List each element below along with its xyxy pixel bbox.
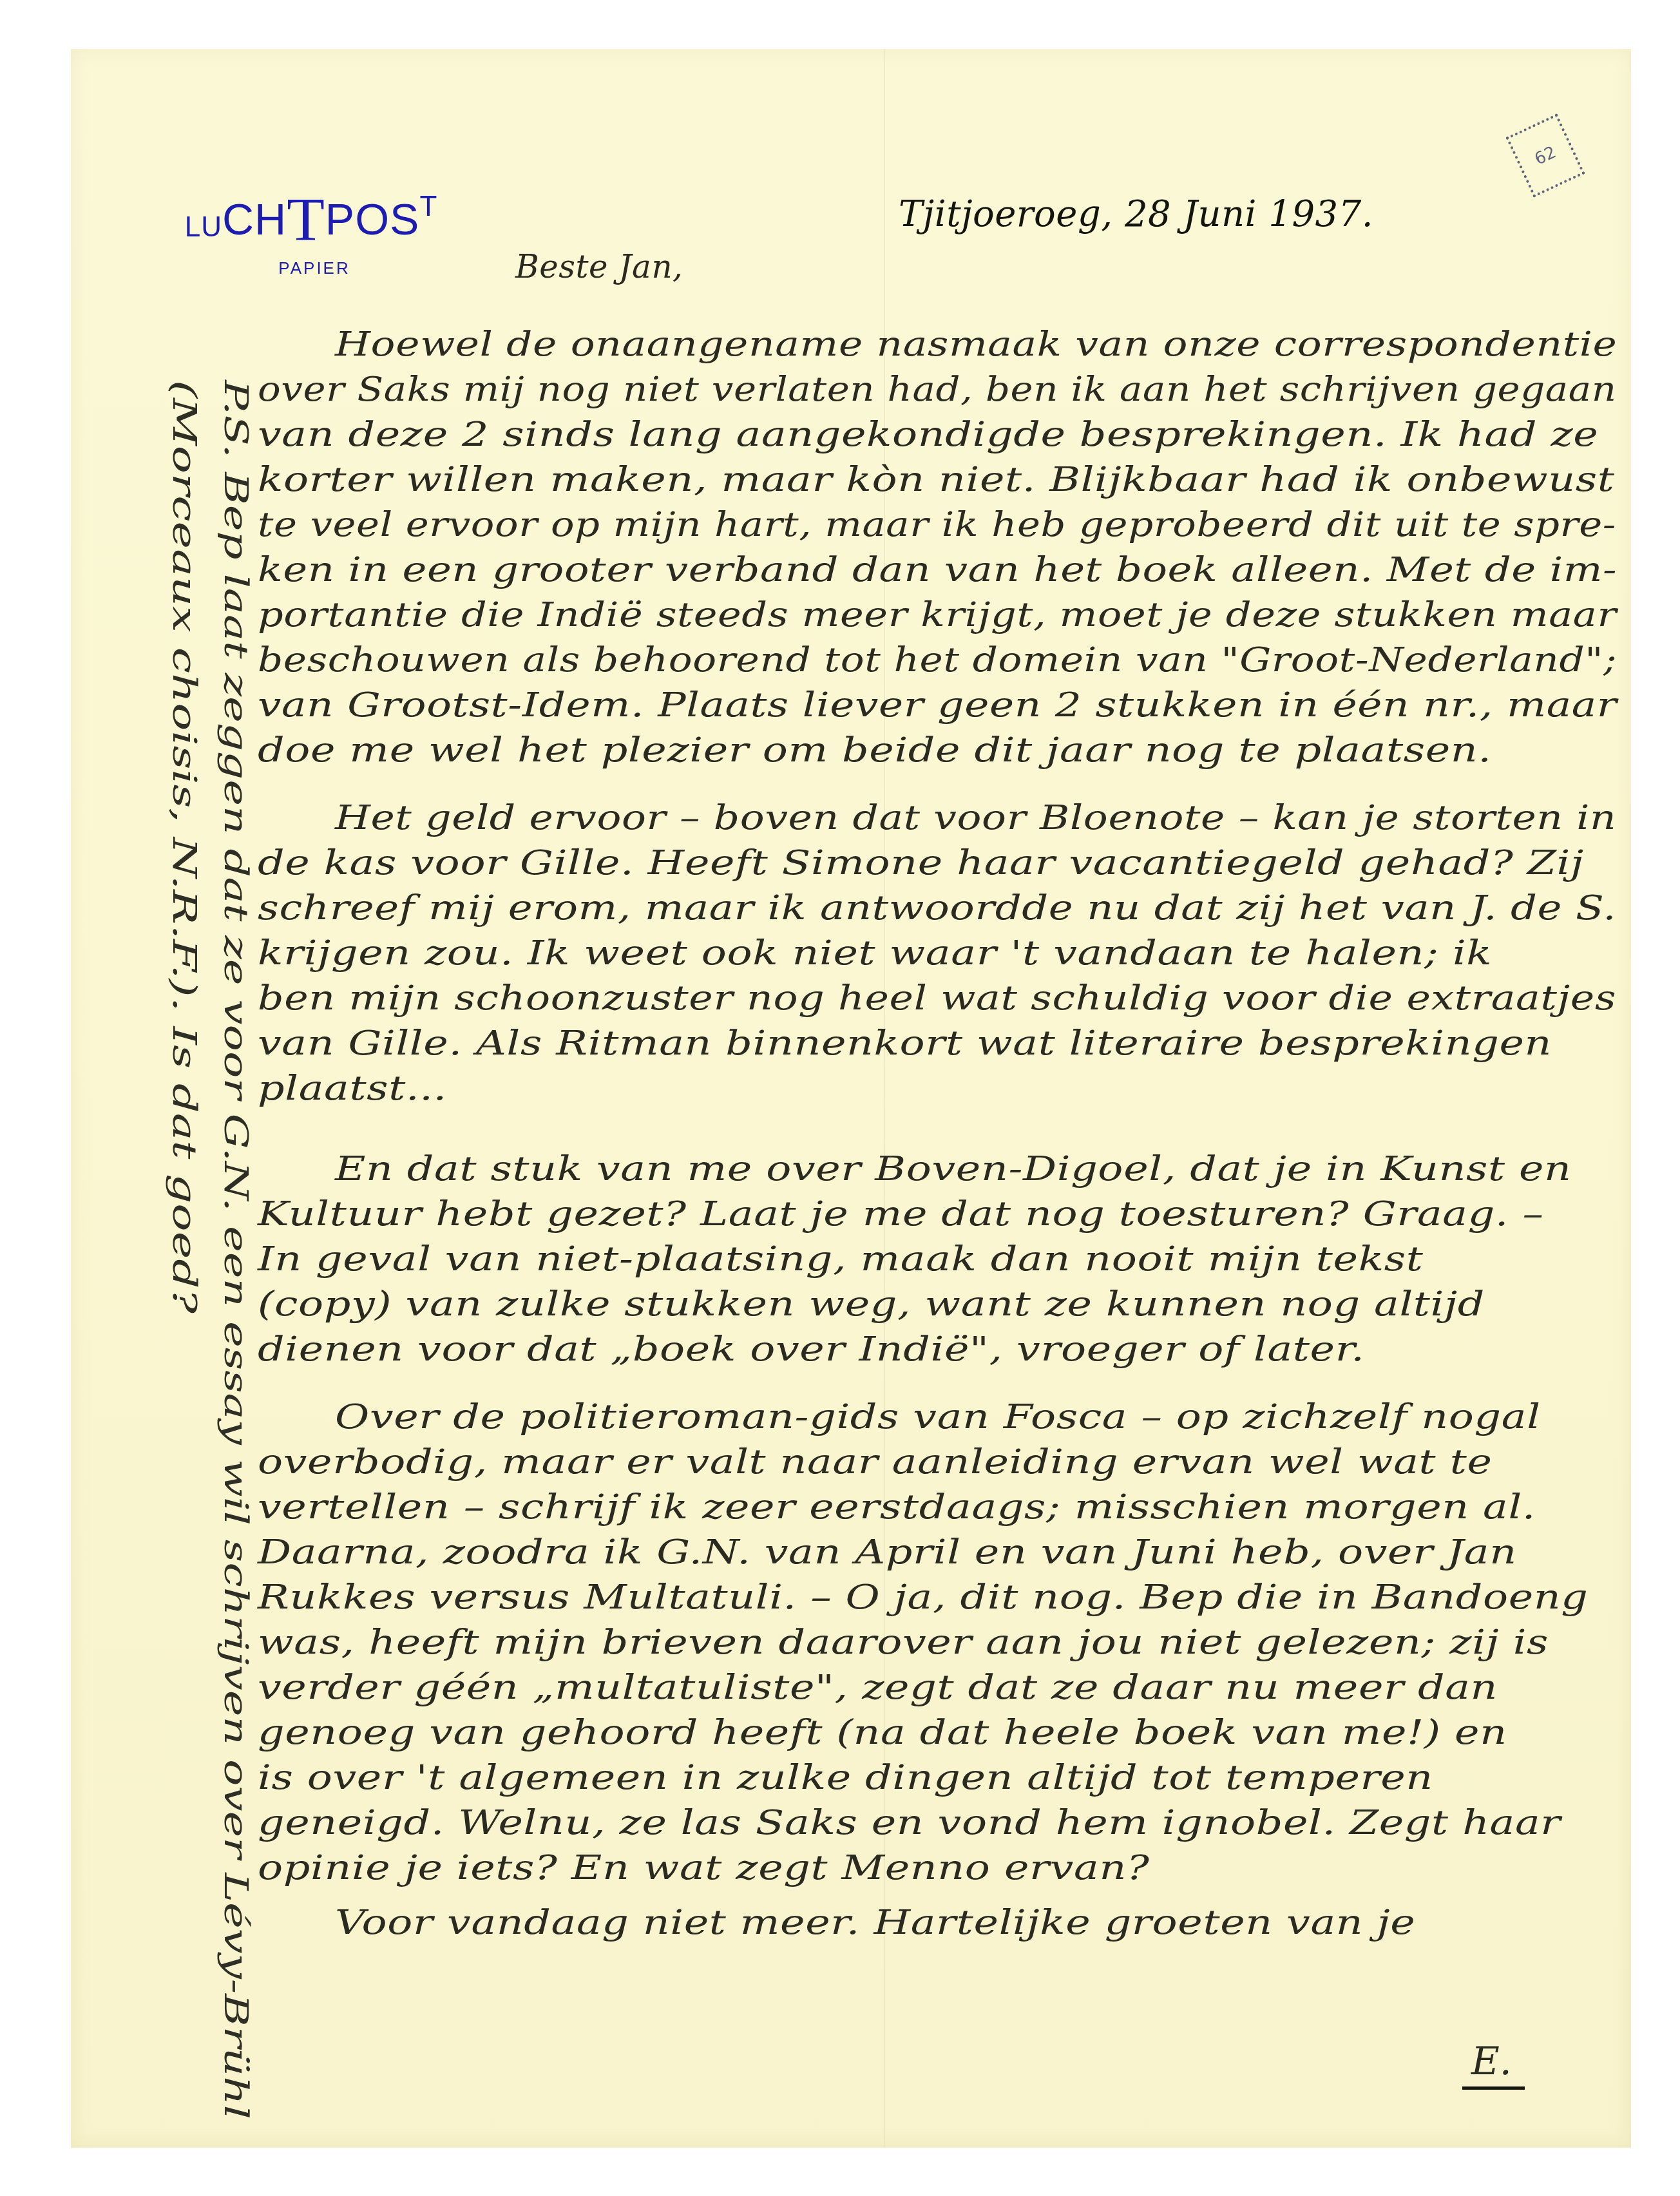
letter-line: overbodig, maar er valt naar aanleiding … bbox=[258, 1443, 1492, 1482]
letterhead-subtitle: PAPIER bbox=[118, 258, 504, 278]
letter-line: schreef mij erom, maar ik antwoordde nu … bbox=[258, 889, 1616, 928]
letterhead-part: H bbox=[254, 198, 287, 242]
letterhead-part: P bbox=[325, 198, 355, 242]
letter-line: Het geld ervoor – boven dat voor Bloenot… bbox=[335, 799, 1616, 837]
letter-line: In geval van niet-plaatsing, maak dan no… bbox=[258, 1240, 1423, 1279]
letterhead-part: C bbox=[222, 198, 254, 242]
letter-line: genoeg van gehoord heeft (na dat heele b… bbox=[258, 1714, 1507, 1752]
postscript-line-2: (Morceaux choisis, N.R.F.). Is dat goed? bbox=[166, 380, 203, 1313]
letter-line: van Grootst-Idem. Plaats liever geen 2 s… bbox=[258, 686, 1617, 725]
letter-line: vertellen – schrijf ik zeer eerstdaags; … bbox=[258, 1488, 1536, 1527]
letterhead-part: S bbox=[390, 198, 419, 242]
letter-line: Daarna, zoodra ik G.N. van April en van … bbox=[258, 1533, 1517, 1572]
letter-line: de kas voor Gille. Heeft Simone haar vac… bbox=[258, 844, 1584, 883]
letterhead-part: T bbox=[287, 189, 325, 251]
letterhead-part: O bbox=[355, 198, 390, 242]
stamp-text: 62 bbox=[1532, 142, 1560, 169]
letter-line: was, heeft mijn brieven daarover aan jou… bbox=[258, 1623, 1549, 1662]
letter-line: opinie je iets? En wat zegt Menno ervan? bbox=[258, 1849, 1149, 1887]
letter-line: portantie die Indië steeds meer krijgt, … bbox=[258, 596, 1617, 635]
letter-line: verder géén „multatuliste", zegt dat ze … bbox=[258, 1668, 1498, 1707]
salutation: Beste Jan, bbox=[515, 248, 683, 285]
letter-line: korter willen maken, maar kòn niet. Blij… bbox=[258, 461, 1614, 499]
date-line: Tjitjoeroeg, 28 Juni 1937. bbox=[899, 193, 1373, 235]
letter-line: van deze 2 sinds lang aangekondigde besp… bbox=[258, 415, 1598, 454]
letter-line: dienen voor dat „boek over Indië", vroeg… bbox=[258, 1330, 1364, 1369]
letter-line: Hoewel de onaangename nasmaak van onze c… bbox=[335, 325, 1617, 364]
letter-line: ben mijn schoonzuster nog heel wat schul… bbox=[258, 979, 1616, 1018]
letter-line: Rukkes versus Multatuli. – O ja, dit nog… bbox=[258, 1578, 1589, 1617]
signature: E. bbox=[1462, 2039, 1525, 2090]
letter-line: plaatst... bbox=[258, 1069, 447, 1108]
letter-line: beschouwen als behoorend tot het domein … bbox=[258, 641, 1617, 680]
letter-line: van Gille. Als Ritman binnenkort wat lit… bbox=[258, 1024, 1552, 1063]
letterhead-part: LU bbox=[185, 213, 222, 242]
postscript-line-1: P.S. Bep laat zeggen dat ze voor G.N. ee… bbox=[217, 380, 254, 2119]
letter-line: is over 't algemeen in zulke dingen alti… bbox=[258, 1759, 1433, 1797]
letter-line: Kultuur hebt gezet? Laat je me dat nog t… bbox=[258, 1195, 1544, 1234]
letter-line: over Saks mij nog niet verlaten had, ben… bbox=[258, 370, 1617, 409]
letterhead-part: T bbox=[419, 193, 437, 221]
letter-line: Over de politieroman-gids van Fosca – op… bbox=[335, 1398, 1541, 1437]
letter-line: geneigd. Welnu, ze las Saks en vond hem … bbox=[258, 1804, 1561, 1842]
letter-line: doe me wel het plezier om beide dit jaar… bbox=[258, 731, 1492, 770]
letterhead: LUCHTPOST PAPIER bbox=[118, 189, 504, 278]
letter-line: Voor vandaag niet meer. Hartelijke groet… bbox=[335, 1904, 1415, 1942]
letter-line: En dat stuk van me over Boven-Digoel, da… bbox=[335, 1150, 1572, 1189]
letter-line: te veel ervoor op mijn hart, maar ik heb… bbox=[258, 506, 1616, 544]
letter-line: ken in een grooter verband dan van het b… bbox=[258, 551, 1617, 589]
letterhead-title: LUCHTPOST bbox=[118, 189, 504, 242]
letter-line: krijgen zou. Ik weet ook niet waar 't va… bbox=[258, 934, 1492, 973]
letter-line: (copy) van zulke stukken weg, want ze ku… bbox=[258, 1285, 1485, 1324]
margin-postscript: P.S. Bep laat zeggen dat ze voor G.N. ee… bbox=[145, 380, 261, 2132]
